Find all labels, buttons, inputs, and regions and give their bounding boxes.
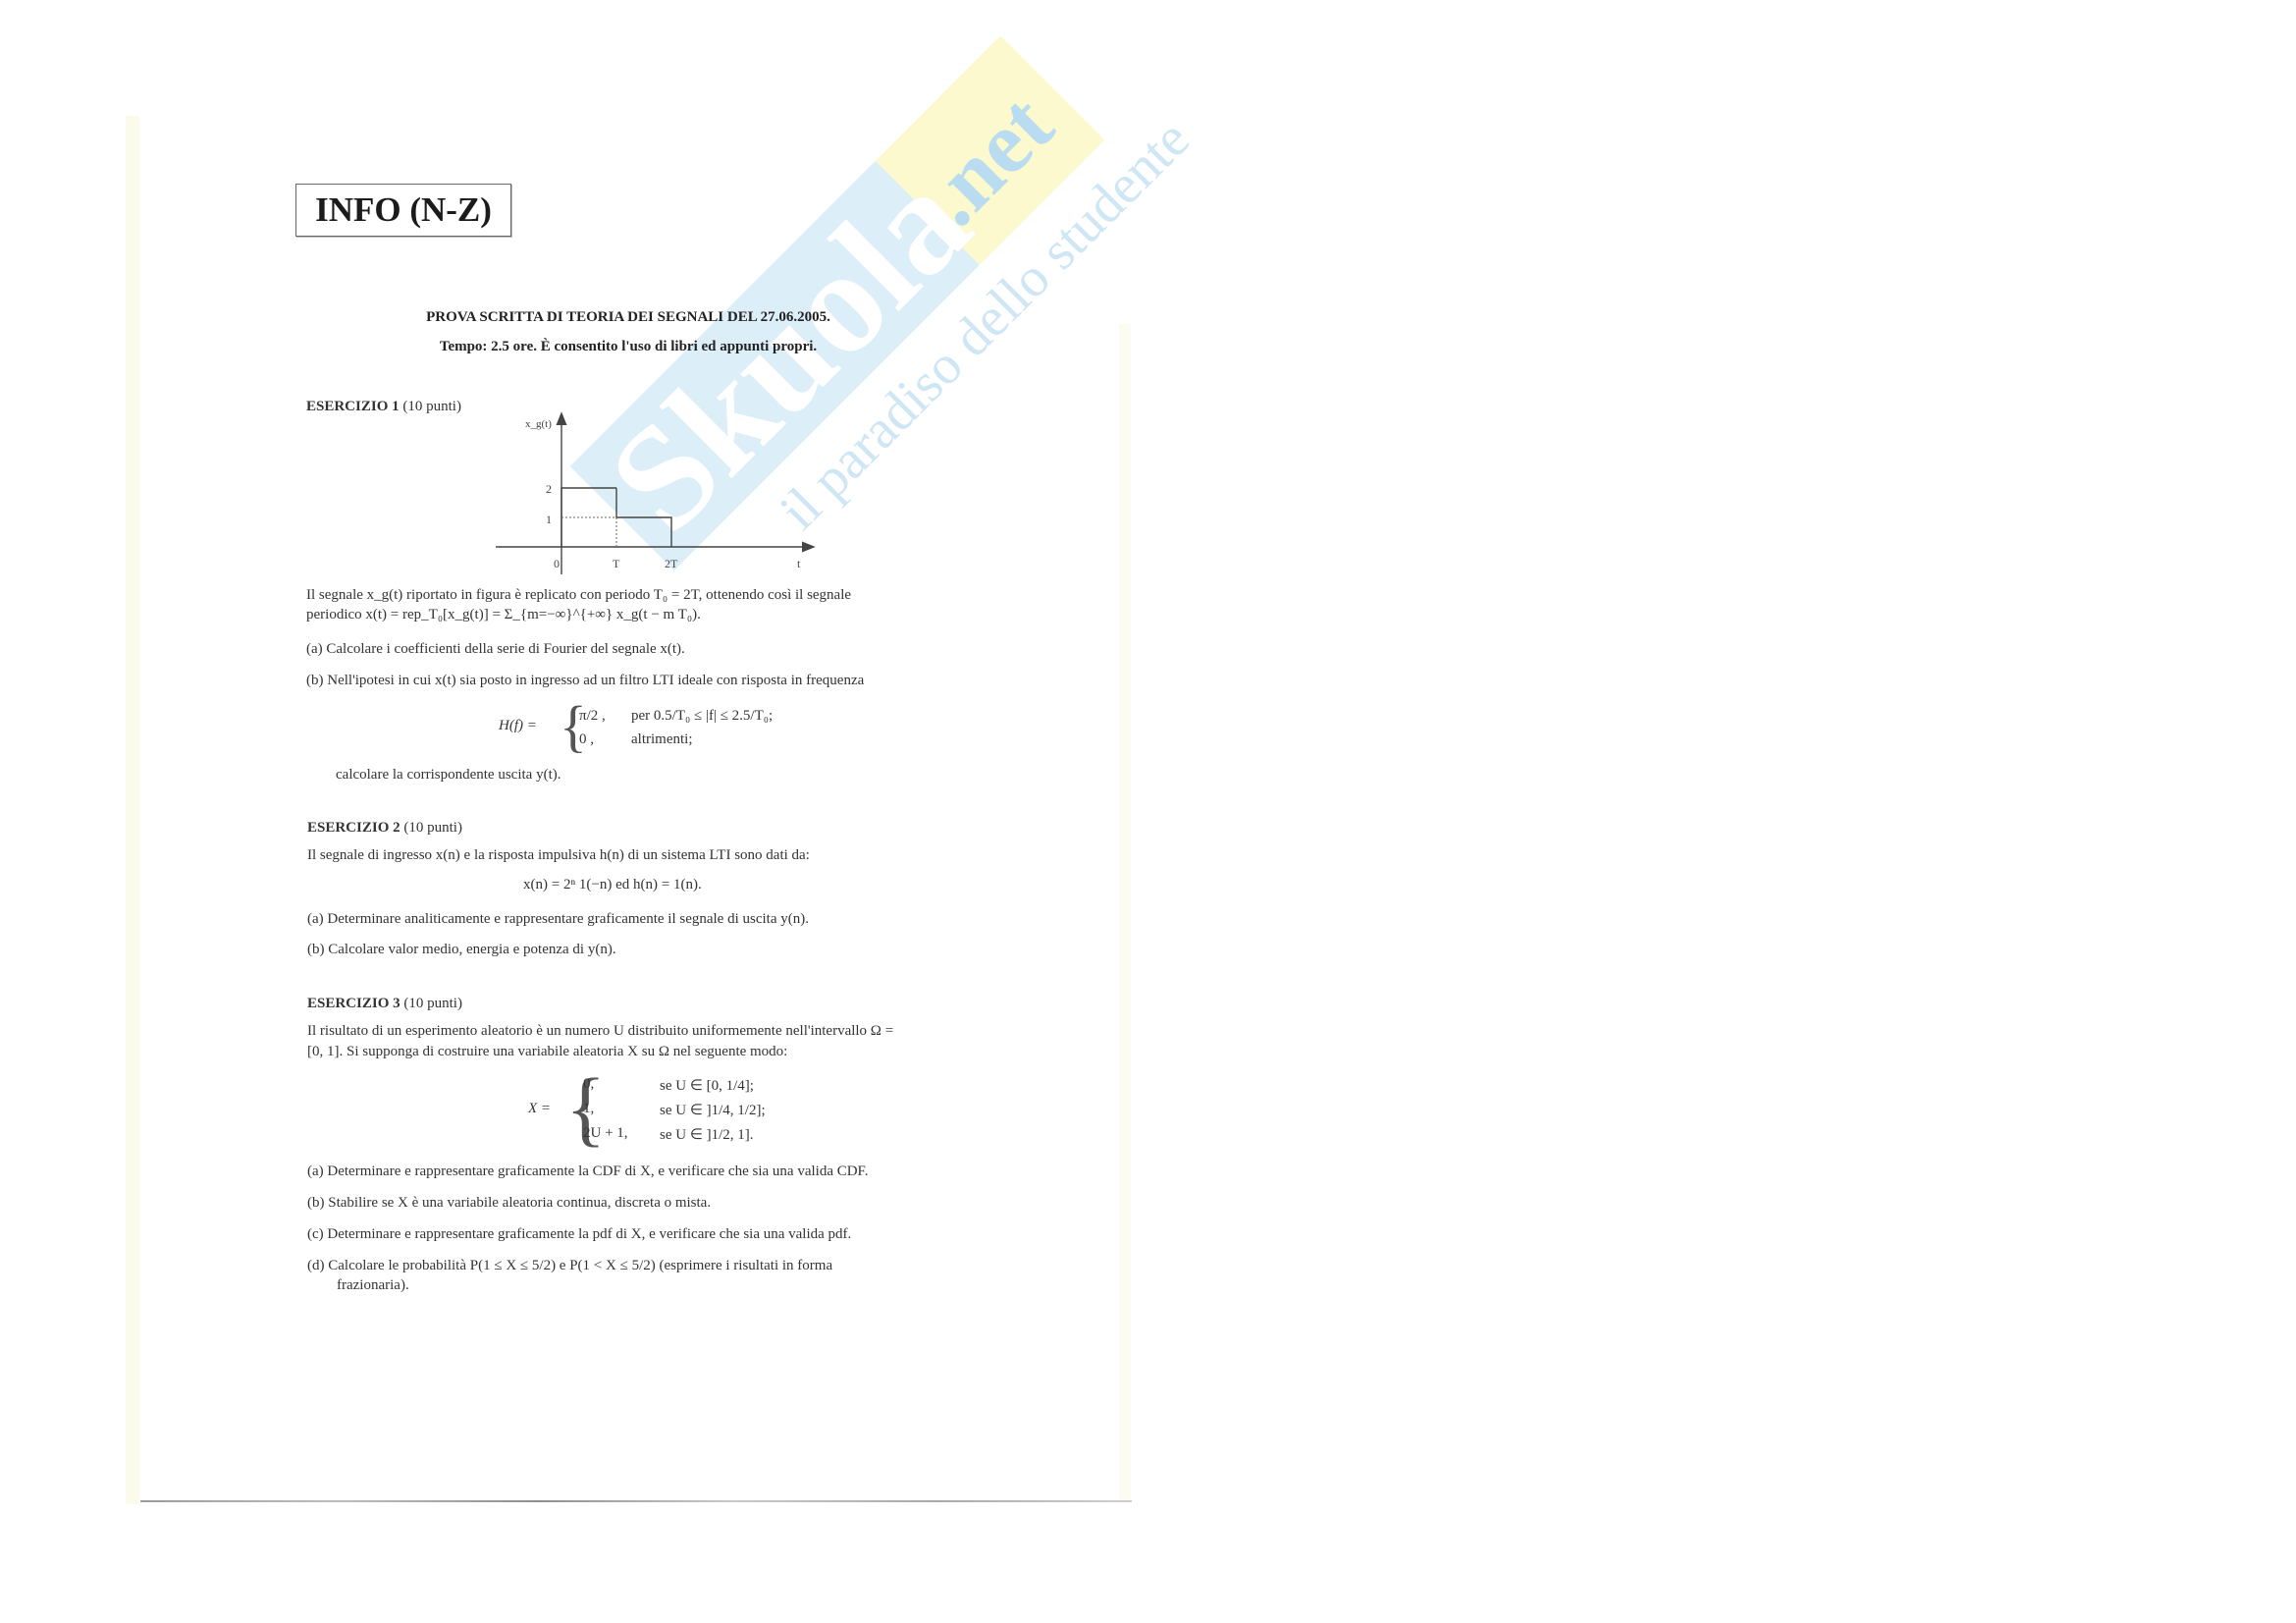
ytick-2: 2 [546,482,552,496]
X-case1-condition: se U ∈ [0, 1/4]; [660,1076,754,1095]
exercise1-heading: ESERCIZIO 1 (10 punti) [306,398,461,416]
course-box: INFO (N-Z) [295,184,511,237]
X-case3-value: 2U + 1, [583,1125,628,1142]
exercise2-intro: Il segnale di ingresso x(n) e la rispost… [307,847,810,864]
exercise3-heading: ESERCIZIO 3 (10 punti) [307,995,462,1013]
xtick-0: 0 [554,557,560,570]
exam-subtitle: Tempo: 2.5 ore. È consentito l'uso di li… [294,339,962,355]
exercise3-question-d-2: frazionaria). [337,1277,409,1294]
exercise3-question-d-1: (d) Calcolare le probabilità P(1 ≤ X ≤ 5… [307,1258,832,1274]
exercise1-question-b-end: calcolare la corrispondente uscita y(t). [336,767,561,784]
signal-trace [561,488,671,547]
x-axis-label: t [797,557,801,570]
exercise1-question-a: (a) Calcolare i coefficienti della serie… [306,641,685,658]
exercise1-question-b: (b) Nell'ipotesi in cui x(t) sia posto i… [306,673,864,689]
H-label: H(f) = [499,718,537,734]
scan-edge-bottom [140,1500,1132,1502]
X-label: X = [528,1101,551,1117]
exercise2-question-a: (a) Determinare analiticamente e rappres… [307,911,809,928]
H-case2-condition: altrimenti; [631,731,692,748]
X-case1-value: 0, [583,1076,594,1093]
H-case2-value: 0 , [579,731,594,748]
exercise2-formula: x(n) = 2ⁿ 1(−n) ed h(n) = 1(n). [523,877,702,893]
exercise1-intro-1: Il segnale x_g(t) riportato in figura è … [306,587,1005,604]
X-case2-condition: se U ∈ ]1/4, 1/2]; [660,1101,766,1119]
xtick-T: T [613,557,620,570]
X-case2-value: 1, [583,1101,594,1117]
scan-edge-left [126,116,139,1504]
exercise3-intro-2: [0, 1]. Si supponga di costruire una var… [307,1044,787,1060]
exercise3-question-b: (b) Stabilire se X è una variabile aleat… [307,1195,711,1212]
exercise1-intro-2: periodico x(t) = rep_T₀[x_g(t)] = Σ_{m=−… [306,607,701,623]
exercise3-question-a: (a) Determinare e rappresentare graficam… [307,1163,868,1180]
exercise3-question-c: (c) Determinare e rappresentare graficam… [307,1226,851,1243]
exercise1-figure: x_g(t) 2 1 0 T 2T t [481,403,825,579]
H-case1-value: π/2 , [579,708,606,725]
X-case3-condition: se U ∈ ]1/2, 1]. [660,1125,754,1144]
exam-title: PROVA SCRITTA DI TEORIA DEI SEGNALI DEL … [294,309,962,326]
scan-edge-right [1119,324,1131,1502]
H-case1-condition: per 0.5/T₀ ≤ |f| ≤ 2.5/T₀; [631,708,773,725]
ytick-1: 1 [546,513,552,526]
exercise2-question-b: (b) Calcolare valor medio, energia e pot… [307,942,616,958]
y-axis-label: x_g(t) [525,418,552,430]
exercise2-heading: ESERCIZIO 2 (10 punti) [307,819,462,838]
xtick-2T: 2T [665,557,678,570]
exercise3-intro-1: Il risultato di un esperimento aleatorio… [307,1023,893,1040]
